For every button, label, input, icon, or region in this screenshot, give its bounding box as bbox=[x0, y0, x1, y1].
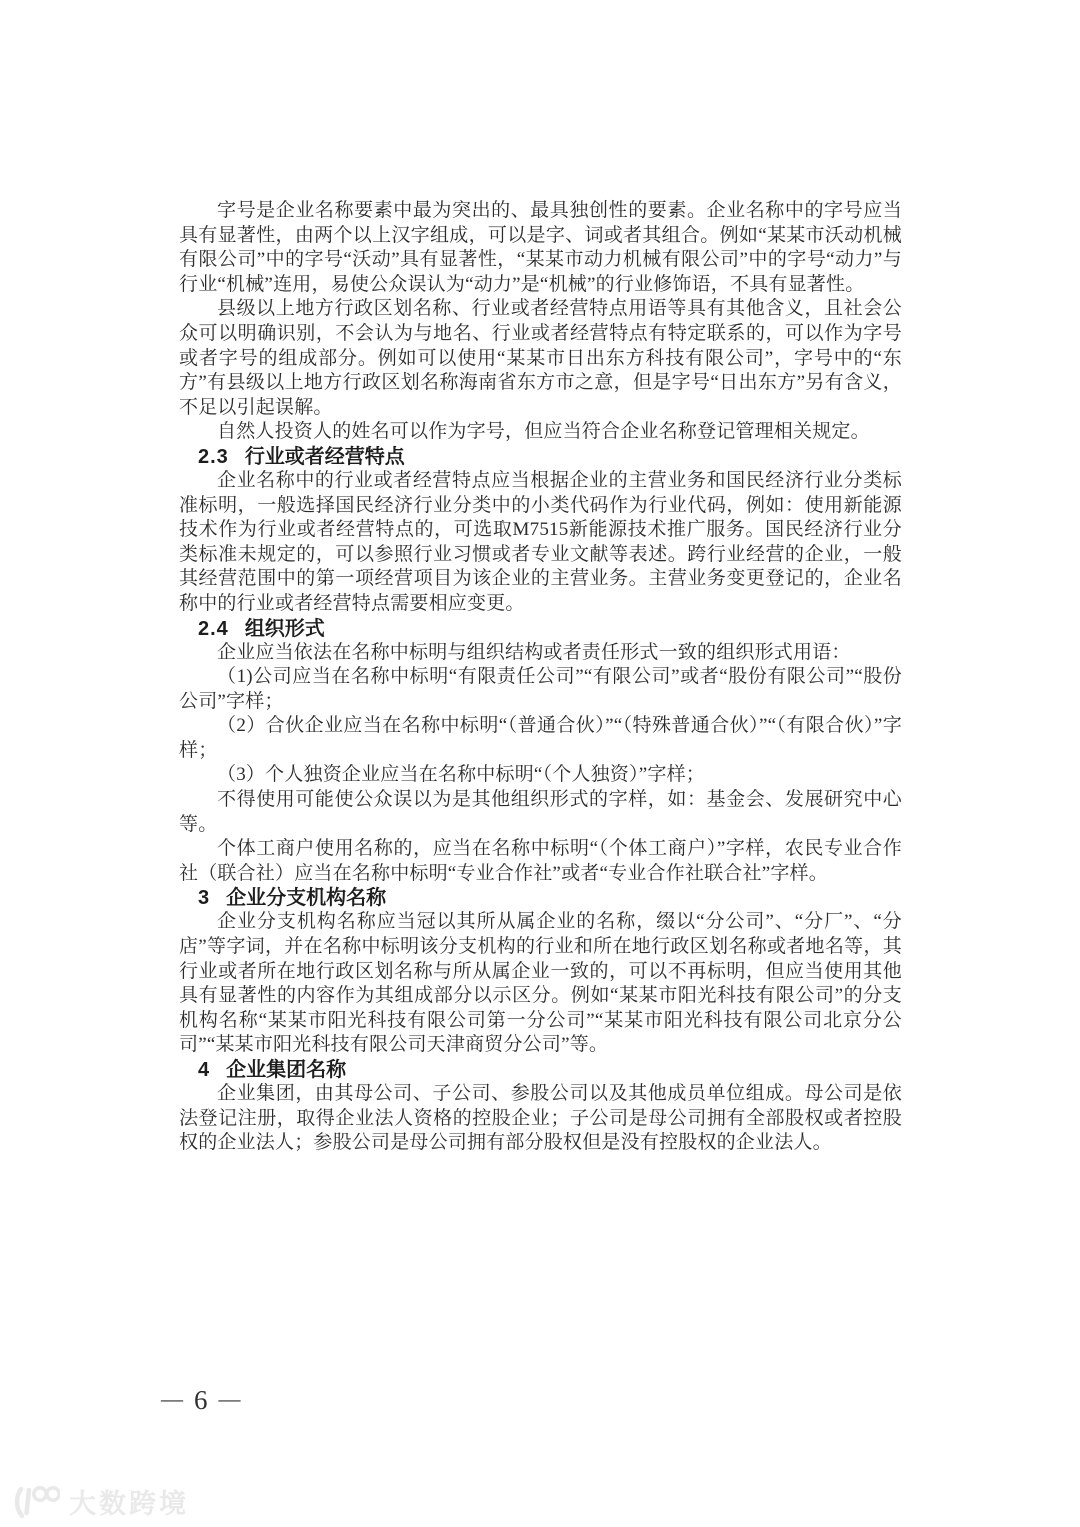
section-number: 2.3 bbox=[198, 445, 229, 469]
section-heading-2-3: 2.3行业或者经营特点 bbox=[179, 445, 902, 469]
dashu-100-logo-icon bbox=[12, 1482, 60, 1527]
section-title: 企业分支机构名称 bbox=[226, 886, 386, 910]
paragraph: 字号是企业名称要素中最为突出的、最具独创性的要素。企业名称中的字号应当具有显著性… bbox=[179, 199, 902, 297]
paragraph: 企业名称中的行业或者经营特点应当根据企业的主营业务和国民经济行业分类标准标明，一… bbox=[179, 469, 902, 617]
footer-dash-right: — bbox=[219, 1386, 241, 1412]
footer-dash-left: — bbox=[161, 1386, 183, 1412]
section-heading-4: 4企业集团名称 bbox=[179, 1058, 902, 1082]
section-heading-3: 3企业分支机构名称 bbox=[179, 886, 902, 910]
paragraph: 企业分支机构名称应当冠以其所从属企业的名称，缀以“分公司”、“分厂”、“分店”等… bbox=[179, 910, 902, 1058]
paragraph: （2）合伙企业应当在名称中标明“（普通合伙）”“（特殊普通合伙）”“（有限合伙）… bbox=[179, 714, 902, 763]
paragraph: 自然人投资人的姓名可以作为字号，但应当符合企业名称登记管理相关规定。 bbox=[179, 420, 902, 445]
section-title: 企业集团名称 bbox=[226, 1058, 346, 1082]
paragraph: 个体工商户使用名称的，应当在名称中标明“（个体工商户）”字样，农民专业合作社（联… bbox=[179, 837, 902, 886]
paragraph: 不得使用可能使公众误以为是其他组织形式的字样，如：基金会、发展研究中心等。 bbox=[179, 788, 902, 837]
section-number: 4 bbox=[198, 1058, 210, 1082]
paragraph: （3）个人独资企业应当在名称中标明“（个人独资）”字样； bbox=[179, 763, 902, 788]
section-title: 组织形式 bbox=[245, 617, 325, 641]
paragraph: （1)公司应当在名称中标明“有限责任公司”“有限公司”或者“股份有限公司”“股份… bbox=[179, 665, 902, 714]
paragraph: 县级以上地方行政区划名称、行业或者经营特点用语等具有其他含义，且社会公众可以明确… bbox=[179, 297, 902, 420]
section-heading-2-4: 2.4组织形式 bbox=[179, 617, 902, 641]
paragraph: 企业集团，由其母公司、子公司、参股公司以及其他成员单位组成。母公司是依法登记注册… bbox=[179, 1082, 902, 1156]
document-body: 字号是企业名称要素中最为突出的、最具独创性的要素。企业名称中的字号应当具有显著性… bbox=[179, 199, 902, 1156]
section-title: 行业或者经营特点 bbox=[245, 445, 405, 469]
watermark-text: 大数跨境 bbox=[69, 1491, 189, 1518]
document-page: 字号是企业名称要素中最为突出的、最具独创性的要素。企业名称中的字号应当具有显著性… bbox=[0, 0, 1080, 1527]
page-footer: — 6 — bbox=[161, 1385, 241, 1416]
section-number: 2.4 bbox=[198, 617, 229, 641]
watermark: 大数跨境 bbox=[12, 1482, 189, 1527]
paragraph: 企业应当依法在名称中标明与组织结构或者责任形式一致的组织形式用语： bbox=[179, 641, 902, 666]
page-number: 6 bbox=[194, 1385, 208, 1416]
section-number: 3 bbox=[198, 886, 210, 910]
